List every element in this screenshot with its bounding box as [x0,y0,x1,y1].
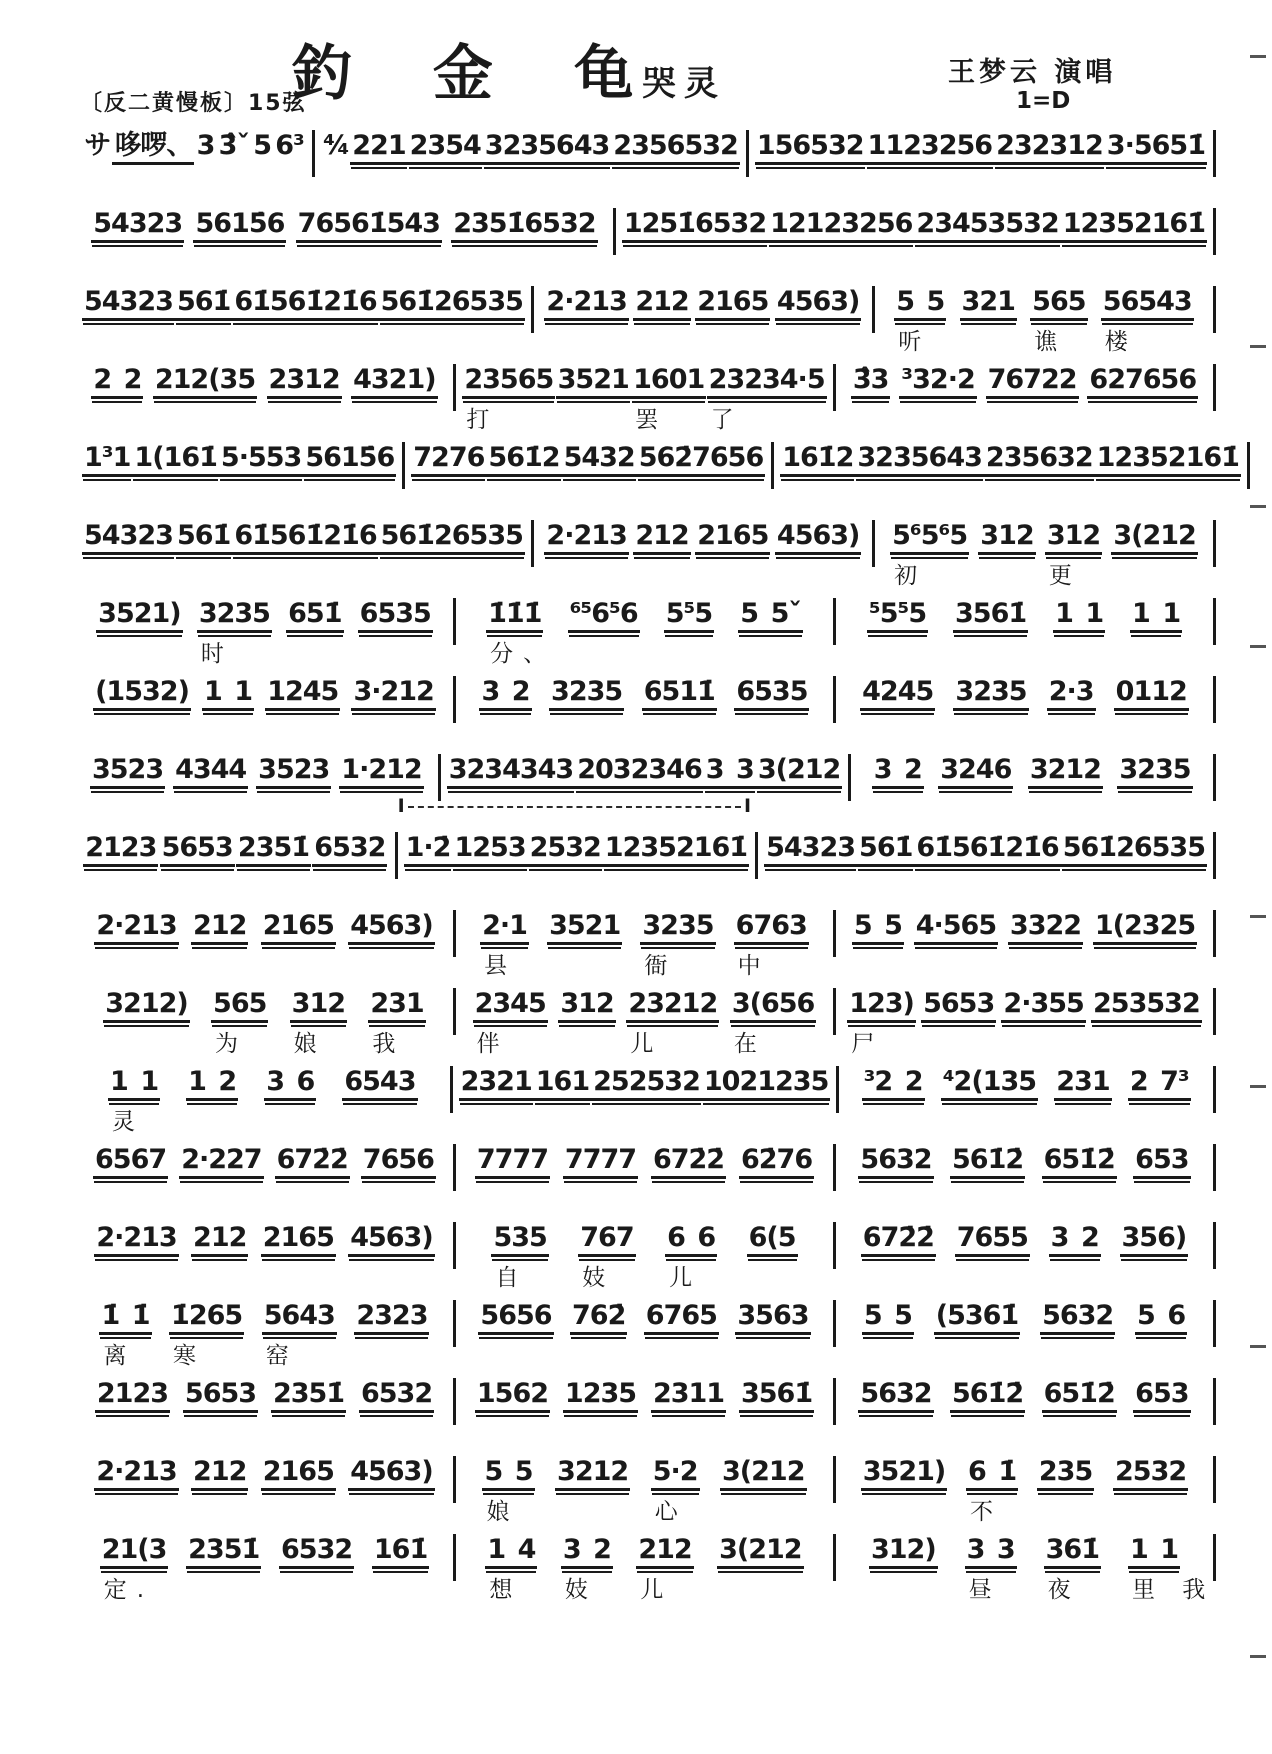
note-group: 5632 [858,1146,933,1179]
note-group: ⁶⁵6⁵6 [568,600,640,633]
note-group: 1235 [563,1380,638,1413]
note-group: 3̂ˇ [217,132,251,160]
note-group: 12352161̇ [1061,210,1207,243]
note-group: 7655 [955,1224,1030,1257]
note-group: 5615̇6 [303,444,396,477]
note-group: ⁴⁄₄ [321,132,350,160]
lyric-char: 离 [103,1344,136,1368]
measure: 2·21321221654563) [76,1456,456,1503]
score-line: 2·21321221654563)2·1县35213235衙6763中5 54·… [76,910,1216,960]
measure: 3523434435231·212 [76,754,441,801]
note-group: 253532 [1091,990,1202,1023]
measure: 672̇2̇76553 2356) [836,1222,1216,1269]
note-group: 2 2 [91,366,143,399]
note-group: 4563) [348,912,435,945]
note-group: 5643窑 [262,1302,337,1335]
note-group: 5·553 [219,444,303,477]
lyric-char: 自 [495,1266,528,1290]
note-group: 2351̇ [271,1380,346,1413]
lyric-char: 想 [489,1578,522,1602]
lyric-char: 娘 [486,1500,519,1524]
note-group: サ [82,132,112,160]
note-group: 4563) [348,1224,435,1257]
page-subtitle: 哭灵 [642,56,726,105]
score-line: 54323561̇61̇561̇21̇6561̇265352·213212216… [76,520,1216,570]
note-group: 212 [191,1224,248,1257]
measure: 5 5听321565谯56543楼 [875,286,1216,333]
note-group: 6511̇ [642,678,717,711]
score-line: 2·21321221654563)5 5娘32125·2心3(2123521)6… [76,1456,1216,1506]
scan-artifact [1250,645,1266,648]
measure: ⁵5⁵53561̇1 11 1 [836,598,1216,645]
note-group: ⁴2(135 [941,1068,1038,1101]
note-group: 6535 [734,678,809,711]
note-group: 565为 [211,990,268,1023]
note-group: 3235643 [855,444,984,477]
measure: 77777777672̇2̇62̇76 [456,1144,836,1191]
note-group: 2345伴 [473,990,548,1023]
measure: 21(3定.2351̇6532161̇ [76,1534,456,1581]
note-group: 561̇ [857,834,914,867]
note-group: 2351̇ [186,1536,261,1569]
note-group: 1253 [452,834,527,867]
lyric-char: 妓 [582,1266,615,1290]
note-group: 3 2 [479,678,531,711]
note-group: 5432 [562,444,637,477]
scan-artifact [1250,505,1266,508]
note-group: 3 6 [264,1068,316,1101]
note-group: 1 1 [1053,600,1105,633]
measure: 5 5娘32125·2心3(212 [456,1456,836,1503]
scan-artifact [1250,915,1266,918]
note-group: 2165 [261,1458,336,1491]
measure: 1562123523113561̇ [456,1378,836,1425]
note-group: 6535 [358,600,433,633]
note-group: 1(161̇ [132,444,219,477]
note-group: 3̂3 [851,366,891,399]
note-group: 3235时 [197,600,272,633]
measure: 2 2212(3523124321) [76,364,456,411]
note-group: 3322 [1008,912,1083,945]
measure: ³2 2⁴2(1352312 7³ [839,1066,1216,1113]
note-group: 672̇2̇ [861,1224,936,1257]
note-group: 3246 [938,756,1013,789]
lyric-char: 窑 [266,1344,299,1368]
note-group: 3(212 [720,1458,807,1491]
note-group: 212(35 [153,366,257,399]
lyric-char: 衙 [644,954,677,978]
note-group: 565谯 [1030,288,1087,321]
measure: 123)尸56532·355253532 [836,988,1216,1035]
note-group: 5632 [1040,1302,1115,1335]
measure: 5632561̇2̇651̇2̇653 [836,1378,1216,1425]
lyric-char: 娘 [294,1032,327,1056]
note-group: 1021235 [702,1068,831,1101]
score-line: 21(3定.2351̇6532161̇1 4想3 2妓212儿3(212312)… [76,1534,1216,1584]
note-group: 5 5 [852,912,904,945]
measure: 2·1县35213235衙6763中 [456,910,836,957]
note-group: 4344 [173,756,248,789]
note-group: 651̇2̇ [1042,1380,1117,1413]
note-group: 5 5听 [894,288,946,321]
note-group: 12352161̇ [603,834,749,867]
note-group: 212儿 [636,1536,693,1569]
note-group: 1̇1̇1̇分、 [486,600,543,633]
note-group: 1̇ 1̇离 [99,1302,151,1335]
note-group: 2·213 [544,288,628,321]
lyric-char: 更 [1049,564,1082,588]
measure: 23211612525321021235 [453,1066,840,1113]
note-group: 3 2 [872,756,924,789]
note-group: 5⁶5⁶5初 [890,522,969,555]
note-group: 3235 [953,678,1028,711]
measure: 54323561̇61̇561̇21̇6561̇26535 [758,832,1216,879]
note-group: 2123 [95,1380,170,1413]
note-group: 1251̇6532 [622,210,768,243]
score-line: 212356532351̇65321562123523113561̇563256… [76,1378,1216,1428]
lyric-char: 县 [484,954,517,978]
lyric-char: 谯 [1034,330,1067,354]
measure: 2·21321221654563) [76,910,456,957]
note-group: 3523 [256,756,331,789]
note-group: 561̇26535 [379,288,525,321]
note-group: 6 1̇不 [966,1458,1018,1491]
measure: 2·21321221654563) [534,286,875,333]
note-group: 5 5娘 [482,1458,534,1491]
lyric-char: 儿 [630,1032,663,1056]
note-group: 1562 [475,1380,550,1413]
measure: 1 4想3 2妓212儿3(212 [456,1534,836,1581]
note-group: 2165 [261,912,336,945]
note-group: 6³ [273,132,306,160]
measure: 3̂3³32·276722627656 [836,364,1216,411]
note-group: 5653 [160,834,235,867]
note-group: 235632 [984,444,1095,477]
measure: 54323561̇61̇561̇21̇6561̇26535 [76,286,534,333]
note-group: 3212 [1028,756,1103,789]
note-group: 5653 [921,990,996,1023]
measure: 2·21321221654563) [76,1222,456,1269]
note-group: 3 3昼 [965,1536,1017,1569]
measure: 5656762̇67653563 [456,1300,836,1347]
note-group: 76722 [986,366,1079,399]
note-group: 0112 [1114,678,1189,711]
measure: 54323561̇61̇561̇21̇6561̇26535 [76,520,534,567]
lyric-char: 楼 [1105,330,1138,354]
note-group: 61̇561̇21̇6 [914,834,1060,867]
score-line: 543235615̇676561̇5432351̇65321251̇653212… [76,208,1216,258]
score-line: 3521)3235时651̇65351̇1̇1̇分、⁶⁵6⁵65⁵55 5ˇ⁵5… [76,598,1216,648]
note-group: 76561̇543 [296,210,442,243]
note-group: ⁵5⁵5 [867,600,928,633]
score-line: (1532)1 112453·2123 232356511̇6535424532… [76,676,1216,726]
note-group: 1 1 [1130,600,1182,633]
score-line: 212356532351̇65321·2̇1253253212352161̇ⅠⅠ… [76,832,1216,882]
score-line: 3523434435231·212323434320323463 33(2123… [76,754,1216,804]
scan-artifact [1250,1655,1266,1658]
scan-artifact [1250,345,1266,348]
lyric-char: 分、 [490,642,556,666]
note-group: 1601罢 [631,366,706,399]
note-group: 3235643 [483,132,612,165]
note-group: 1 4想 [485,1536,537,1569]
score-line: 54323561̇61̇561̇21̇6561̇265352·213212216… [76,286,1216,336]
scan-artifact [1250,1345,1266,1348]
note-group: 56543楼 [1101,288,1194,321]
note-group: 6 6儿 [665,1224,717,1257]
note-group: 651̇2̇ [1042,1146,1117,1179]
note-group: 212 [633,522,690,555]
score-line: 1 1灵1 23 6654323211612525321021235³2 2⁴2… [76,1066,1216,1116]
measure: 5⁶5⁶5初312312更3(212 [875,520,1216,567]
note-group: 2354 [408,132,483,165]
score-line: 65672·227672̇2̇765677777777672̇2̇62̇7656… [76,1144,1216,1194]
note-group: 212 [191,1458,248,1491]
note-group: 2323 [354,1302,429,1335]
lyric-char: 灵 [112,1110,145,1134]
note-group: 3563 [735,1302,810,1335]
note-group: 356) [1120,1224,1189,1257]
page-title: 釣 金 龟 [292,26,664,112]
note-group: 6532 [279,1536,354,1569]
lyric-char: 为 [215,1032,248,1056]
note-group: 4321) [351,366,438,399]
note-group: 3235衙 [640,912,715,945]
measure: 65672·227672̇2̇7656 [76,1144,456,1191]
note-group: 321 [960,288,1017,321]
lyric-char: 了 [711,408,744,432]
note-group: 2351̇ [236,834,311,867]
phrase-bracket: ⅠⅠ [408,806,741,808]
note-group: 2532 [528,834,603,867]
measure: 5 54·56533221(2325 [836,910,1216,957]
note-group: (1532) [93,678,191,711]
note-group: 61̇561̇21̇6 [232,288,378,321]
lyric-char: 伴 [477,1032,510,1056]
note-group: 212 [191,912,248,945]
note-group: 2·355 [1001,990,1085,1023]
score-line: 1³11(161̇5·5535615̇67276561̇25432562̇765… [76,442,1216,492]
note-group: 4563) [775,522,862,555]
note-group: 2·3 [1047,678,1096,711]
note-group: 653 [1133,1380,1190,1413]
note-group: 3(656在 [730,990,817,1023]
lyric-char: 昼 [969,1578,1002,1602]
note-group: 672̇2̇ [651,1146,726,1179]
note-group: 4245 [860,678,935,711]
score-line: 3212)565为312娘231我2345伴31223212儿3(656在123… [76,988,1216,1038]
note-group: 54323 [82,288,175,321]
measure: 424532352·30112 [836,676,1216,723]
note-group: 2351̇6532 [451,210,597,243]
score-page: 釣 金 龟 哭灵 王梦云 演唱 1=D 〔反二黄慢板〕15弦 サ哆啰、33̂ˇ5… [0,0,1272,1754]
note-group: 54323 [764,834,857,867]
measure: 2345伴31223212儿3(656在 [456,988,836,1035]
note-group: 2356532 [611,132,740,165]
performer-credit: 王梦云 演唱 [948,50,1116,89]
note-group: 5653 [183,1380,258,1413]
note-group: 5632 [858,1380,933,1413]
note-group: 156532 [755,132,866,165]
measure: 535自767妓6 6儿6(5 [456,1222,836,1269]
note-group: 672̇2̇ [275,1146,350,1179]
score-line: 2·21321221654563)535自767妓6 6儿6(5672̇2̇76… [76,1222,1216,1272]
note-group: 23212儿 [626,990,719,1023]
note-group: 6532 [312,834,387,867]
lyric-char: 寒 [173,1344,206,1368]
note-group: 3521) [96,600,183,633]
measure: 3 232356511̇6535 [456,676,836,723]
measure: 1̇ 1̇离1̇265寒5643窑2323 [76,1300,456,1347]
lyric-char: 我 [372,1032,405,1056]
lyric-char: 里 我 [1132,1578,1215,1602]
measure: サ哆啰、33̂ˇ56³ [76,130,315,177]
note-group: 3561̇ [739,1380,814,1413]
note-group: 3·5651̇ [1105,132,1207,165]
measure: 543235615̇676561̇5432351̇6532 [76,208,616,255]
lyric-char: 尸 [851,1032,884,1056]
note-group: 2165 [261,1224,336,1257]
lyric-char: 打 [466,408,499,432]
note-group: 561̇2̇ [950,1380,1025,1413]
note-group: 2312 [267,366,342,399]
note-group: 1 1 [202,678,254,711]
lyric-char: 妓 [565,1578,598,1602]
scan-artifact [1250,55,1266,58]
note-group: 3 [195,132,217,160]
measure: 3521)3235时651̇6535 [76,598,456,645]
note-group: 561̇2̇ [950,1146,1025,1179]
note-group: 561̇ [175,522,232,555]
measure: 2·21321221654563) [534,520,875,567]
note-group: 3(212 [756,756,843,789]
note-group: 212 [633,288,690,321]
measure: 5 5(5361̇56325 6 [836,1300,1216,1347]
note-group: 2·213 [544,522,628,555]
lyric-char: 中 [738,954,771,978]
note-group: 7656 [361,1146,436,1179]
measure: 323434320323463 33(212 [441,754,852,801]
note-group: 562̇7656 [637,444,766,477]
lyric-char: 时 [201,642,234,666]
note-group: 7276 [411,444,486,477]
note-group: 1 1灵 [108,1068,160,1101]
lyric-char: 心 [655,1500,688,1524]
note-group: 312 [978,522,1035,555]
note-group: ³2 2 [862,1068,925,1101]
lyric-char: 初 [894,564,927,588]
note-group: 5656 [478,1302,553,1335]
note-group: 312娘 [290,990,347,1023]
note-group: (5361̇ [934,1302,1021,1335]
note-group: 651̇ [286,600,343,633]
note-group: 2 7³ [1128,1068,1191,1101]
note-group: 3212) [103,990,190,1023]
mode-and-tuning-label: 〔反二黄慢板〕15弦 [80,86,307,117]
note-group: 653 [1133,1146,1190,1179]
note-group: 62̇76 [739,1146,814,1179]
note-group: 3521 [547,912,622,945]
note-group: 3561̇ [953,600,1028,633]
note-group: 627656 [1087,366,1198,399]
note-group: 21(3定. [100,1536,169,1569]
note-group: 767妓 [578,1224,635,1257]
note-group: 5615̇6 [193,210,286,243]
measure: ⁴⁄₄221235432356432356532 [315,130,749,177]
measure: 23565打35211601罢23234·5了 [456,364,836,411]
key-signature: 1=D [1016,88,1070,114]
note-group: 312) [869,1536,938,1569]
note-group: 4563) [348,1458,435,1491]
measure: 312)3 3昼361̇夜1 1里 我 [836,1534,1216,1581]
note-group: 561̇26535 [379,522,525,555]
measure: 1·2̇1253253212352161̇ⅠⅠ [398,832,758,879]
note-group: 535自 [491,1224,548,1257]
note-group: 161̇2 [780,444,855,477]
note-group: 3521 [556,366,631,399]
note-group: 2311 [651,1380,726,1413]
note-group: 6532 [359,1380,434,1413]
note-group: 123)尸 [847,990,916,1023]
measure: 3 2324632123235 [851,754,1216,801]
measure: (1532)1 112453·212 [76,676,456,723]
note-group: 161 [534,1068,591,1101]
note-group: 3235 [1117,756,1192,789]
note-group: 2321 [459,1068,534,1101]
measure: 212356532351̇6532 [76,832,398,879]
note-group: 312更 [1045,522,1102,555]
note-group: 2·227 [179,1146,263,1179]
note-group: 3523 [90,756,165,789]
note-group: 6(5 [747,1224,798,1257]
note-group: 252532 [591,1068,702,1101]
note-group: 23565打 [462,366,555,399]
note-group: 3(212 [1111,522,1198,555]
note-group: 5 5 [862,1302,914,1335]
note-group: 1·2̇ [404,834,453,867]
note-group: ³32·2 [899,366,976,399]
note-group: 6765 [644,1302,719,1335]
measure: 212356532351̇6532 [76,1378,456,1425]
measure: 1 1灵1 23 66543 [76,1066,453,1113]
measure: 5632561̇2̇651̇2̇653 [836,1144,1216,1191]
note-group: 2123 [83,834,158,867]
note-group: 1123256 [866,132,995,165]
score-body: サ哆啰、33̂ˇ56³⁴⁄₄22123543235643235653215653… [76,130,1216,1612]
measure: 7276561̇25432562̇7656 [405,442,774,489]
note-group: 232312 [994,132,1105,165]
note-group: 5 6 [1135,1302,1187,1335]
note-group: 1̇265寒 [169,1302,244,1335]
note-group: 12352161̇ [1095,444,1241,477]
note-group: 12123256 [768,210,914,243]
note-group: 561̇26535 [1061,834,1207,867]
lyric-char: 不 [970,1500,1003,1524]
lyric-char: 定. [104,1578,154,1602]
note-group: 23234·5了 [707,366,827,399]
note-group: 61̇561̇21̇6 [232,522,378,555]
note-group: 6567 [93,1146,168,1179]
note-group: 7777 [475,1146,550,1179]
note-group: 2532 [1113,1458,1188,1491]
note-group: 6543 [342,1068,417,1101]
measure: 3212)565为312娘231我 [76,988,456,1035]
measure: 1251̇6532121232562345353212352161̇ [616,208,1216,255]
note-group: 2·213 [94,912,178,945]
note-group: 3521) [861,1458,948,1491]
note-group: 4·565 [914,912,998,945]
note-group: 3 2妓 [561,1536,613,1569]
